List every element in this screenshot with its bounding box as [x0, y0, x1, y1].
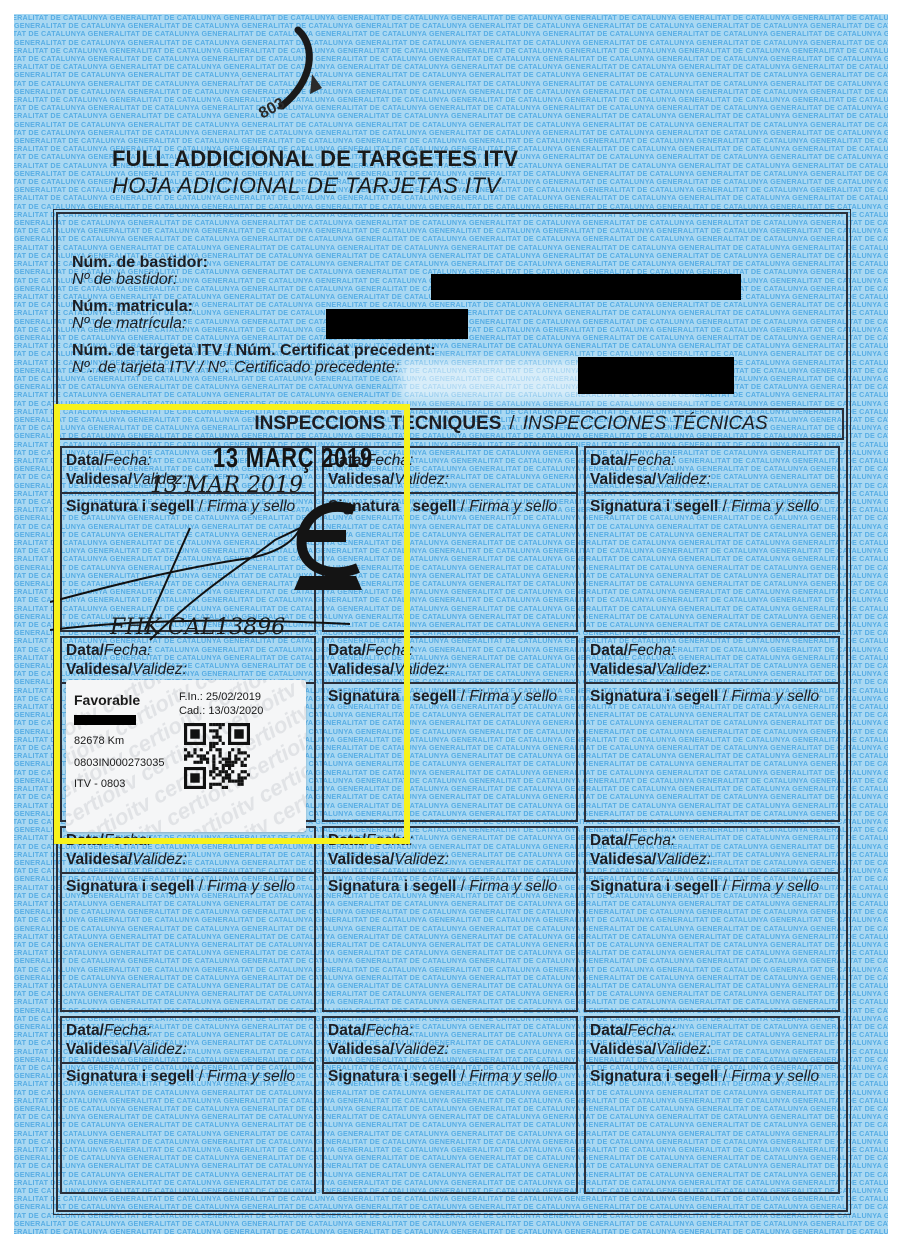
date-label: Data/Fecha:: [590, 831, 834, 850]
inspection-cell: Data/Fecha:Validesa/Validez:Signatura i …: [60, 826, 316, 1012]
date-label: Data/Fecha:: [66, 1021, 310, 1040]
validity-label: Validesa/Validez:: [66, 1040, 310, 1059]
cell-signature-section: Signatura i segell / Firma y sello: [62, 1064, 314, 1086]
inspection-cell: Data/Fecha:Validesa/Validez:Signatura i …: [584, 446, 840, 632]
cell-date-section: Data/Fecha:Validesa/Validez:: [324, 1018, 576, 1064]
cell-date-section: Data/Fecha:Validesa/Validez:: [586, 828, 838, 874]
redacted-plate-number: [326, 309, 468, 339]
inspection-cell: Data/Fecha:Validesa/Validez:Signatura i …: [322, 1016, 578, 1194]
signature-label: Signatura i segell / Firma y sello: [590, 688, 834, 706]
title-catalan: FULL ADDICIONAL DE TARGETES ITV: [112, 146, 518, 172]
validity-label: Validesa/Validez:: [590, 660, 834, 679]
signature-label: Signatura i segell / Firma y sello: [328, 1068, 572, 1086]
signature-label: Signatura i segell / Firma y sello: [590, 1068, 834, 1086]
field-chassis-number: Núm. de bastidor: Nº de bastidor:: [72, 254, 436, 288]
cell-date-section: Data/Fecha:Validesa/Validez:: [62, 1018, 314, 1064]
redacted-itv-card-number: [578, 357, 734, 394]
station-stamp: 803: [240, 24, 330, 119]
signature-label: Signatura i segell / Firma y sello: [590, 878, 834, 896]
cell-signature-section: Signatura i segell / Firma y sello: [62, 874, 314, 896]
signature-label: Signatura i segell / Firma y sello: [66, 1068, 310, 1086]
highlight-annotation: [54, 404, 410, 844]
inspection-cell: Data/Fecha:Validesa/Validez:Signatura i …: [584, 826, 840, 1012]
inspection-cell: Data/Fecha:Validesa/Validez:Signatura i …: [584, 636, 840, 822]
field-itv-card-number: Núm. de targeta ITV / Núm. Certificat pr…: [72, 342, 436, 376]
signature-label: Signatura i segell / Firma y sello: [328, 878, 572, 896]
svg-text:803: 803: [256, 95, 288, 119]
title-spanish: HOJA ADICIONAL DE TARJETAS ITV: [112, 173, 518, 199]
inspection-cell: Data/Fecha:Validesa/Validez:Signatura i …: [584, 1016, 840, 1194]
inspection-cell: Data/Fecha:Validesa/Validez:Signatura i …: [60, 1016, 316, 1194]
cell-signature-section: Signatura i segell / Firma y sello: [586, 684, 838, 706]
date-label: Data/Fecha:: [590, 451, 834, 470]
cell-date-section: Data/Fecha:Validesa/Validez:: [586, 448, 838, 494]
date-label: Data/Fecha:: [590, 641, 834, 660]
cell-signature-section: Signatura i segell / Firma y sello: [586, 874, 838, 896]
cell-signature-section: Signatura i segell / Firma y sello: [324, 874, 576, 896]
document-title: FULL ADDICIONAL DE TARGETES ITV HOJA ADI…: [112, 146, 518, 199]
inspection-cell: Data/Fecha:Validesa/Validez:Signatura i …: [322, 826, 578, 1012]
date-label: Data/Fecha:: [590, 1021, 834, 1040]
signature-label: Signatura i segell / Firma y sello: [66, 878, 310, 896]
cell-date-section: Data/Fecha:Validesa/Validez:: [586, 638, 838, 684]
validity-label: Validesa/Validez:: [328, 1040, 572, 1059]
cell-date-section: Data/Fecha:Validesa/Validez:: [586, 1018, 838, 1064]
cell-signature-section: Signatura i segell / Firma y sello: [586, 494, 838, 516]
validity-label: Validesa/Validez:: [590, 470, 834, 489]
cell-signature-section: Signatura i segell / Firma y sello: [324, 1064, 576, 1086]
date-label: Data/Fecha:: [328, 1021, 572, 1040]
validity-label: Validesa/Validez:: [590, 850, 834, 869]
signature-label: Signatura i segell / Firma y sello: [590, 498, 834, 516]
validity-label: Validesa/Validez:: [66, 850, 310, 869]
cell-signature-section: Signatura i segell / Firma y sello: [586, 1064, 838, 1086]
redacted-chassis-number: [431, 274, 741, 300]
validity-label: Validesa/Validez:: [590, 1040, 834, 1059]
validity-label: Validesa/Validez:: [328, 850, 572, 869]
